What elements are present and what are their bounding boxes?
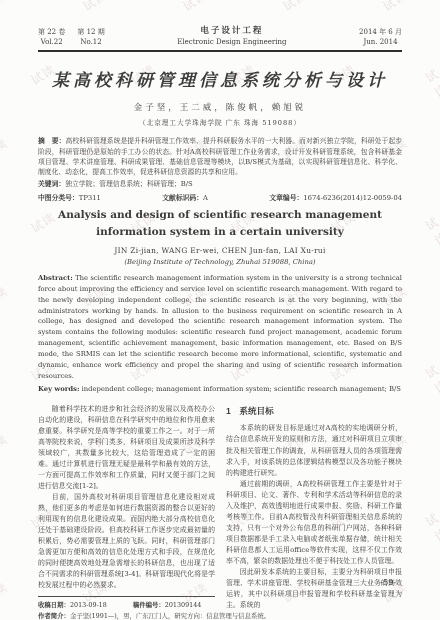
document-code: 文献标识码：A xyxy=(162,192,208,202)
paper-title-en: Analysis and design of scientific resear… xyxy=(44,207,396,240)
journal-date: 2014 年 6 月 Jun. 2014 xyxy=(359,27,402,47)
paper-page: 第 22 卷 Vol.22 第 12 期 No.12 电子设计工程 Electr… xyxy=(0,0,440,620)
author-bio-label: 作者简介： xyxy=(38,612,70,620)
body-paragraph: 通过前期的调研，A高校科研管理工作主要是针对于科研项目、论文、著作、专利和学术活… xyxy=(226,479,402,567)
journal-volume-issue: 第 22 卷 Vol.22 第 12 期 No.12 xyxy=(38,27,105,47)
document-code-value: A xyxy=(203,194,208,202)
keywords-en-text: independent college; management informat… xyxy=(82,385,401,393)
date-cn: 2014 年 6 月 xyxy=(359,27,402,37)
abstract-cn: 摘 要：高校科研管理系统是提升科研管理工作效率、提升科研服务水平的一大利器。而对… xyxy=(38,136,402,177)
body-paragraph: 随着科学技术的进步和社会经济的发展以及高校办公自动化的建设，科研信息在科学研究中… xyxy=(38,404,215,492)
footnote: 收稿日期：2013-09-18 稿件编号：201309144 作者简介：金子坚(… xyxy=(38,596,215,620)
article-id-value: 1674-6236(2014)12-0059-04 xyxy=(303,194,402,202)
abstract-cn-text: 高校科研管理系统是提升科研管理工作效率、提升科研服务水平的一大利器。而对新兴独立… xyxy=(38,137,402,176)
keywords-cn-label: 关键词： xyxy=(38,180,65,188)
received-date: 收稿日期：2013-09-18 xyxy=(38,600,107,611)
volume-en: Vol.22 xyxy=(38,37,65,47)
affiliation-cn: （北京理工大学珠海学院 广东 珠海 519088） xyxy=(38,117,402,127)
journal-name-en: Electronic Design Engineering xyxy=(177,37,286,47)
journal-issue: 第 12 期 No.12 xyxy=(77,27,104,47)
right-column: 1 系统目标 本系统的研发目标是通过对A高校的实地调研分析，结合信息系统开发的原… xyxy=(226,404,402,620)
abstract-en-label: Abstract: xyxy=(38,274,73,282)
classification-row: 中图分类号：TP311 文献标识码：A 文章编号：1674-6236(2014)… xyxy=(38,192,402,202)
journal-volume: 第 22 卷 Vol.22 xyxy=(38,27,65,47)
authors-cn: 金子坚，王二威，陈俊帆，赖旭锐 xyxy=(38,101,402,113)
clc-number: 中图分类号：TP311 xyxy=(38,192,101,202)
issue-cn: 第 12 期 xyxy=(77,27,104,37)
body-paragraph: 目前，国外高校对科研项目管理信息化建设相对成熟，他们更多的考虑是如何进行数据资源… xyxy=(38,492,215,591)
author-bio: 作者简介：金子坚(1991—)，男，广东江门人，研究方向：信息管理与信息系统。 xyxy=(38,611,215,620)
journal-name: 电子设计工程 Electronic Design Engineering xyxy=(177,25,286,47)
keywords-en-label: Key words: xyxy=(38,385,79,393)
manuscript-number-label: 稿件编号： xyxy=(133,601,165,609)
authors-en: JIN Zi-jian, WANG Er-wei, CHEN Jun-fan, … xyxy=(38,246,402,255)
clc-label: 中图分类号： xyxy=(38,194,79,202)
received-date-label: 收稿日期： xyxy=(38,601,70,609)
date-en: Jun. 2014 xyxy=(359,37,402,47)
manuscript-number-value: 201309144 xyxy=(165,601,202,609)
journal-header: 第 22 卷 Vol.22 第 12 期 No.12 电子设计工程 Electr… xyxy=(38,25,402,47)
issue-en: No.12 xyxy=(77,37,104,47)
keywords-cn: 关键词：独立学院；管理信息系统；科研管理；B/S xyxy=(38,179,402,189)
keywords-cn-text: 独立学院；管理信息系统；科研管理；B/S xyxy=(65,180,193,188)
article-id: 文章编号：1674-6236(2014)12-0059-04 xyxy=(269,192,402,202)
paper-title-cn: 某高校科研管理信息系统分析与设计 xyxy=(38,66,402,91)
body-paragraph: 因此研发本系统的主要目标，主要分为科研项目申报管理、学术讲座管理、学校科研基金管… xyxy=(226,567,402,611)
footnote-dates: 收稿日期：2013-09-18 稿件编号：201309144 xyxy=(38,600,215,611)
keywords-en: Key words: independent college; manageme… xyxy=(38,385,402,393)
abstract-en: Abstract: The scientific research manage… xyxy=(38,273,402,382)
volume-cn: 第 22 卷 xyxy=(38,27,65,37)
body-paragraph: 本系统的研发目标是通过对A高校的实地调研分析，结合信息系统开发的原则和方法，通过… xyxy=(226,423,402,478)
header-rule xyxy=(38,50,402,52)
document-code-label: 文献标识码： xyxy=(162,194,203,202)
received-date-value: 2013-09-18 xyxy=(70,601,107,609)
abstract-en-text: The scientific research management infor… xyxy=(38,274,402,380)
manuscript-number: 稿件编号：201309144 xyxy=(133,600,202,611)
article-id-label: 文章编号： xyxy=(269,194,303,202)
page-number: -59- xyxy=(380,578,396,587)
affiliation-en: (Beijing Institute of Technology, Zhuhai… xyxy=(38,258,402,266)
journal-name-cn: 电子设计工程 xyxy=(177,25,286,37)
body-columns: 随着科学技术的进步和社会经济的发展以及高校办公自动化的建设，科研信息在科学研究中… xyxy=(38,404,402,620)
clc-value: TP311 xyxy=(79,194,101,202)
page-content: 第 22 卷 Vol.22 第 12 期 No.12 电子设计工程 Electr… xyxy=(0,0,440,620)
left-column: 随着科学技术的进步和社会经济的发展以及高校办公自动化的建设，科研信息在科学研究中… xyxy=(38,404,215,620)
section-heading: 1 系统目标 xyxy=(226,405,402,419)
abstract-cn-label: 摘 要： xyxy=(38,137,65,145)
